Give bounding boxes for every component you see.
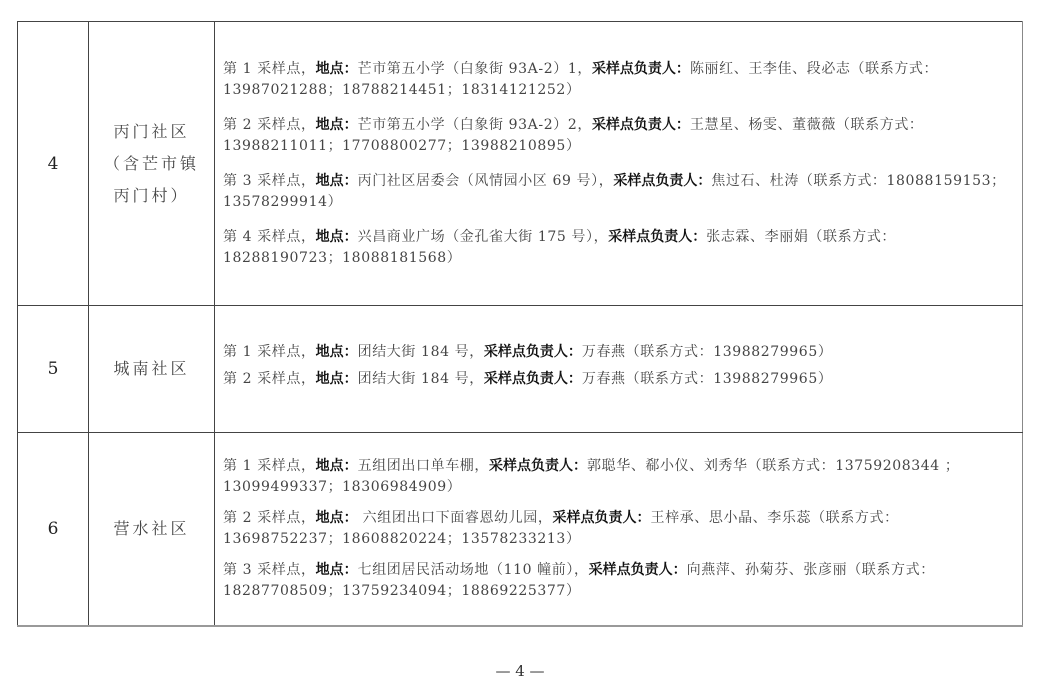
community-line: 营水社区: [89, 513, 214, 545]
site-prefix: 第 3 采样点，: [223, 173, 316, 189]
location-label: 地点：: [316, 173, 358, 189]
community-line: 丙门村）: [89, 180, 214, 212]
manager-label: 采样点负责人：: [608, 229, 706, 245]
community-name: 营水社区: [89, 433, 215, 626]
manager-label: 采样点负责人：: [592, 117, 690, 133]
site-prefix: 第 1 采样点，: [223, 458, 316, 474]
site-entry: 第 3 采样点，地点：丙门社区居委会（风情园小区 69 号），采样点负责人：焦过…: [223, 171, 1014, 213]
manager-label: 采样点负责人：: [484, 371, 582, 387]
community-line: 丙门社区: [89, 116, 214, 148]
sampling-sites-table: 4 丙门社区 （含芒市镇 丙门村） 第 1 采样点，地点：芒市第五小学（白象街 …: [17, 21, 1023, 627]
table-row: 4 丙门社区 （含芒市镇 丙门村） 第 1 采样点，地点：芒市第五小学（白象街 …: [18, 22, 1023, 306]
manager-label: 采样点负责人：: [489, 458, 587, 474]
manager-label: 采样点负责人：: [552, 510, 650, 526]
row-index: 5: [18, 306, 89, 433]
site-location: 五组团出口单车棚，: [358, 458, 489, 474]
row-index: 4: [18, 22, 89, 306]
site-manager: 万春燕（联系方式：13988279965）: [582, 371, 833, 387]
community-line: 城南社区: [89, 353, 214, 385]
site-prefix: 第 4 采样点，: [223, 229, 316, 245]
site-entry: 第 2 采样点，地点：团结大街 184 号，采样点负责人：万春燕（联系方式：13…: [223, 369, 1014, 390]
community-line: （含芒市镇: [89, 148, 214, 180]
manager-label: 采样点负责人：: [613, 173, 711, 189]
page-number: — 4 —: [0, 662, 1040, 680]
site-location: 七组团居民活动场地（110 幢前），: [358, 562, 589, 578]
site-prefix: 第 2 采样点，: [223, 510, 316, 526]
site-prefix: 第 2 采样点，: [223, 371, 316, 387]
manager-label: 采样点负责人：: [484, 344, 582, 360]
location-label: 地点：: [316, 229, 358, 245]
site-prefix: 第 2 采样点，: [223, 117, 316, 133]
site-entry: 第 2 采样点，地点： 六组团出口下面睿恩幼儿园，采样点负责人：王梓承、思小晶、…: [223, 508, 1014, 550]
manager-label: 采样点负责人：: [589, 562, 687, 578]
site-location: 芒市第五小学（白象街 93A-2）1，: [358, 61, 592, 77]
location-label: 地点：: [316, 117, 358, 133]
site-manager: 万春燕（联系方式：13988279965）: [582, 344, 833, 360]
table-row: 5 城南社区 第 1 采样点，地点：团结大街 184 号，采样点负责人：万春燕（…: [18, 306, 1023, 433]
site-location: 团结大街 184 号，: [358, 344, 484, 360]
row-index: 6: [18, 433, 89, 626]
location-label: 地点：: [316, 458, 358, 474]
site-entry: 第 1 采样点，地点：芒市第五小学（白象街 93A-2）1，采样点负责人：陈丽红…: [223, 59, 1014, 101]
location-label: 地点：: [316, 344, 358, 360]
site-location: 芒市第五小学（白象街 93A-2）2，: [358, 117, 592, 133]
site-prefix: 第 1 采样点，: [223, 344, 316, 360]
site-entry: 第 1 采样点，地点：五组团出口单车棚，采样点负责人：郭聪华、郗小仪、刘秀华（联…: [223, 456, 1014, 498]
site-location: 六组团出口下面睿恩幼儿园，: [358, 510, 553, 526]
site-location: 丙门社区居委会（风情园小区 69 号），: [358, 173, 614, 189]
manager-label: 采样点负责人：: [592, 61, 690, 77]
site-prefix: 第 3 采样点，: [223, 562, 316, 578]
sites-cell: 第 1 采样点，地点：五组团出口单车棚，采样点负责人：郭聪华、郗小仪、刘秀华（联…: [215, 433, 1023, 626]
site-entry: 第 1 采样点，地点：团结大街 184 号，采样点负责人：万春燕（联系方式：13…: [223, 342, 1014, 363]
site-location: 团结大街 184 号，: [358, 371, 484, 387]
community-name: 城南社区: [89, 306, 215, 433]
site-entry: 第 3 采样点，地点：七组团居民活动场地（110 幢前），采样点负责人：向燕萍、…: [223, 560, 1014, 602]
site-entry: 第 2 采样点，地点：芒市第五小学（白象街 93A-2）2，采样点负责人：王慧星…: [223, 115, 1014, 157]
site-entry: 第 4 采样点，地点：兴昌商业广场（金孔雀大街 175 号），采样点负责人：张志…: [223, 227, 1014, 269]
sites-cell: 第 1 采样点，地点：芒市第五小学（白象街 93A-2）1，采样点负责人：陈丽红…: [215, 22, 1023, 306]
location-label: 地点：: [316, 510, 358, 526]
sites-cell: 第 1 采样点，地点：团结大街 184 号，采样点负责人：万春燕（联系方式：13…: [215, 306, 1023, 433]
site-prefix: 第 1 采样点，: [223, 61, 316, 77]
location-label: 地点：: [316, 371, 358, 387]
site-location: 兴昌商业广场（金孔雀大街 175 号），: [358, 229, 609, 245]
location-label: 地点：: [316, 61, 358, 77]
location-label: 地点：: [316, 562, 358, 578]
community-name: 丙门社区 （含芒市镇 丙门村）: [89, 22, 215, 306]
table-row: 6 营水社区 第 1 采样点，地点：五组团出口单车棚，采样点负责人：郭聪华、郗小…: [18, 433, 1023, 626]
